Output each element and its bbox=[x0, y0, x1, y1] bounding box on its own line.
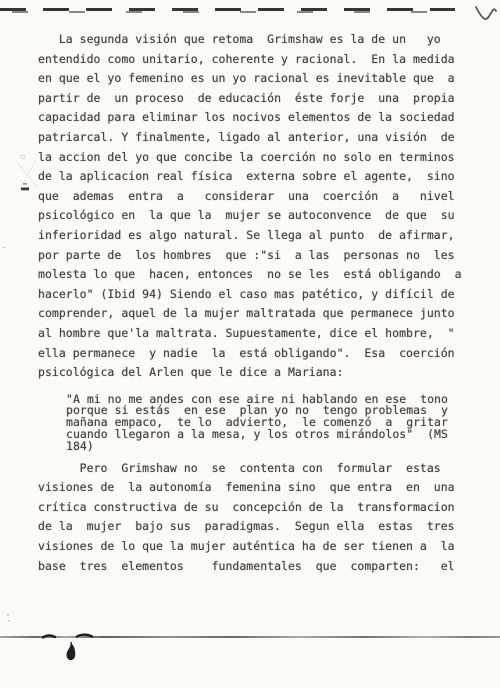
scan-line-bold-strokes bbox=[35, 627, 115, 643]
document-text: La segunda visión que retoma Grimshaw es… bbox=[38, 30, 472, 576]
scan-dots bbox=[5, 613, 13, 625]
handwritten-checkmark-icon bbox=[472, 2, 498, 28]
paragraph-1: La segunda visión que retoma Grimshaw es… bbox=[38, 30, 472, 383]
scanned-document-page: La segunda visión que retoma Grimshaw es… bbox=[0, 0, 500, 688]
torn-edge-marks-secondary bbox=[12, 11, 452, 13]
paragraph-2: Pero Grimshaw no se contenta con formula… bbox=[38, 459, 472, 577]
ink-blot-icon bbox=[62, 642, 82, 664]
block-quote: "A mi no me andes con ese aire ni hablan… bbox=[66, 394, 472, 453]
scan-speck bbox=[0, 243, 10, 255]
